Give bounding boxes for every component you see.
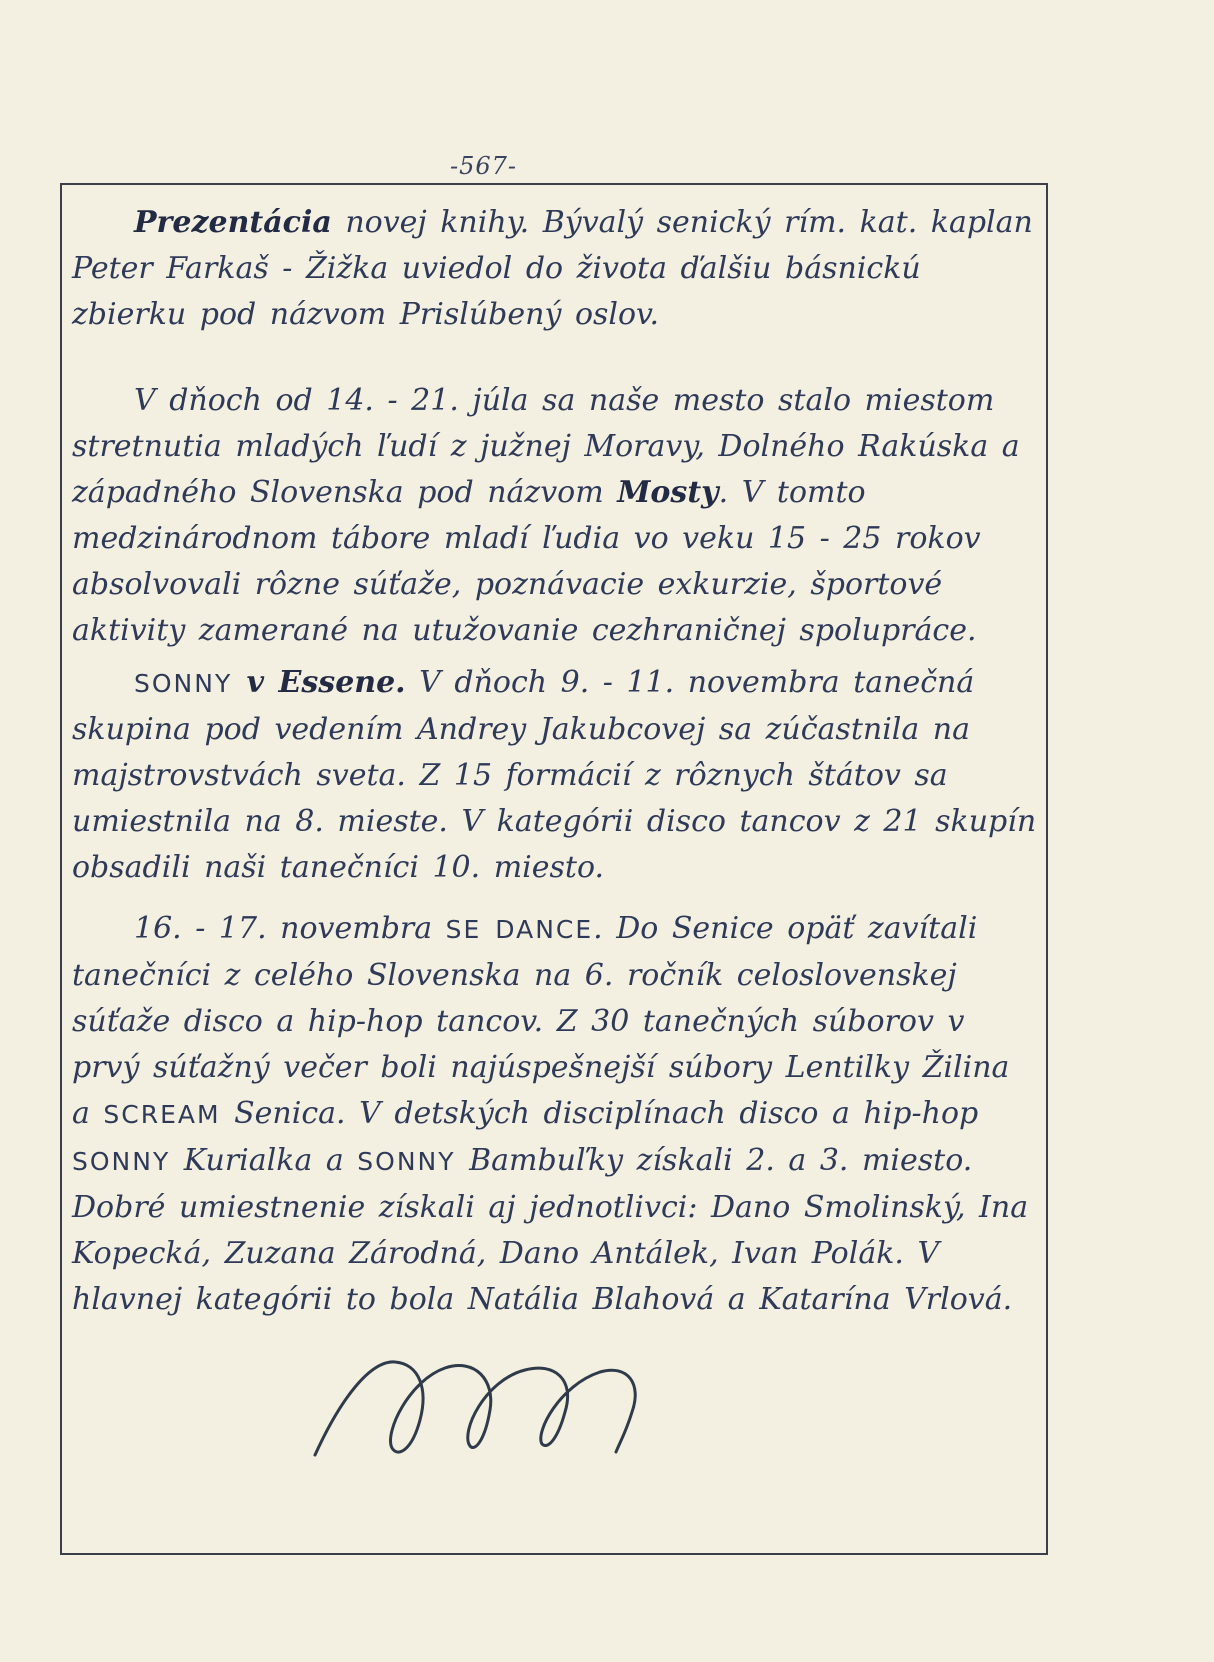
group-name-caps: SCREAM: [103, 1100, 220, 1129]
entry-date: 16. - 17. novembra: [134, 911, 446, 946]
entry-title: v Essene.: [232, 665, 405, 700]
group-name-caps: SONNY: [357, 1147, 455, 1176]
entry-text: V dňoch 9. - 11. novembra tanečná skupin…: [72, 665, 1036, 885]
signature-icon: [280, 1340, 660, 1470]
entry-sonny-essen: SONNY v Essene. V dňoch 9. - 11. novembr…: [72, 660, 1037, 891]
entry-mosty-camp: V dňoch od 14. - 21. júla sa naše mesto …: [72, 378, 1037, 654]
entry-text: V dňoch od 14. - 21. júla sa naše mesto …: [72, 383, 1020, 510]
entry-highlight: Mosty: [617, 475, 718, 510]
entry-text: Senica. V detských disciplínach disco a …: [221, 1096, 979, 1131]
entry-title-caps: SE DANCE: [446, 915, 593, 944]
entry-title-caps: SONNY: [134, 669, 232, 698]
entry-title: Prezentácia: [134, 205, 332, 240]
group-name-caps: SONNY: [72, 1147, 170, 1176]
page-number: -567-: [450, 152, 517, 180]
entry-se-dance: 16. - 17. novembra SE DANCE. Do Senice o…: [72, 906, 1037, 1323]
entry-book-presentation: Prezentácia novej knihy. Bývalý senický …: [72, 200, 1037, 338]
entry-text: Kurialka a: [170, 1143, 357, 1178]
